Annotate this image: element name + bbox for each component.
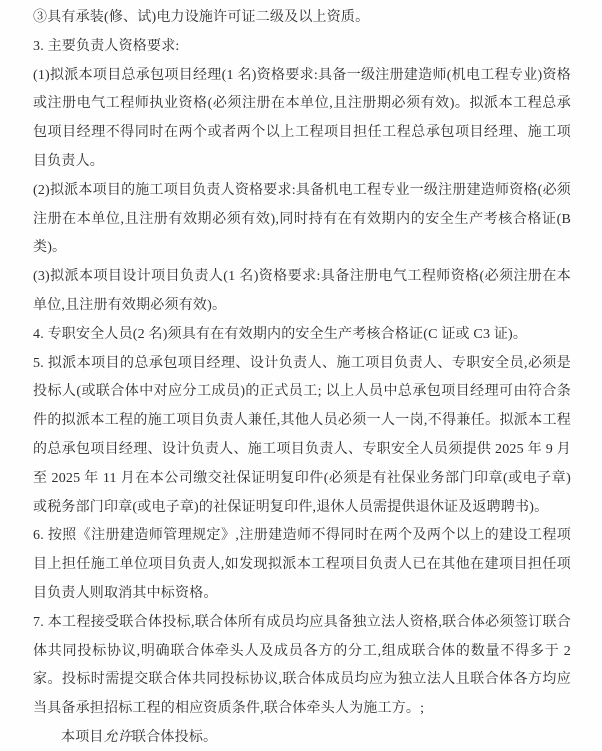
clause-6-registered-constructor-rule: 6. 按照《注册建造师管理规定》,注册建造师不得同时在两个及两个以上的建设工程项… bbox=[33, 522, 571, 608]
clause-3-heading: 3. 主要负责人资格要求: bbox=[33, 33, 571, 62]
closing-suffix: 联合体投标。 bbox=[132, 730, 217, 745]
document-page: ③具有承装(修、试)电力设施许可证二级及以上资质。 3. 主要负责人资格要求: … bbox=[0, 0, 602, 751]
closing-consortium-statement: 本项目允许联合体投标。 bbox=[33, 724, 571, 751]
clause-5-personnel-employment-social-security: 5. 拟派本项目的总承包项目经理、设计负责人、施工项目负责人、专职安全员,必须是… bbox=[33, 350, 571, 523]
closing-prefix: 本项目 bbox=[61, 730, 104, 745]
consortium-allowed-emphasis: 允许 bbox=[104, 730, 132, 745]
clause-license-qualification: ③具有承装(修、试)电力设施许可证二级及以上资质。 bbox=[33, 4, 571, 33]
clause-4-safety-personnel: 4. 专职安全人员(2 名)须具有在有效期内的安全生产考核合格证(C 证或 C3… bbox=[33, 321, 571, 350]
clause-7-consortium-bidding: 7. 本工程接受联合体投标,联合体所有成员均应具备独立法人资格,联合体必须签订联… bbox=[33, 609, 571, 724]
clause-3-item-2-construction-leader: (2)拟派本项目的施工项目负责人资格要求:具备机电工程专业一级注册建造师资格(必… bbox=[33, 177, 571, 263]
clause-3-item-1-general-contract-manager: (1)拟派本项目总承包项目经理(1 名)资格要求:具备一级注册建造师(机电工程专… bbox=[33, 62, 571, 177]
clause-3-item-3-design-leader: (3)拟派本项目设计项目负责人(1 名)资格要求:具备注册电气工程师资格(必须注… bbox=[33, 263, 571, 321]
